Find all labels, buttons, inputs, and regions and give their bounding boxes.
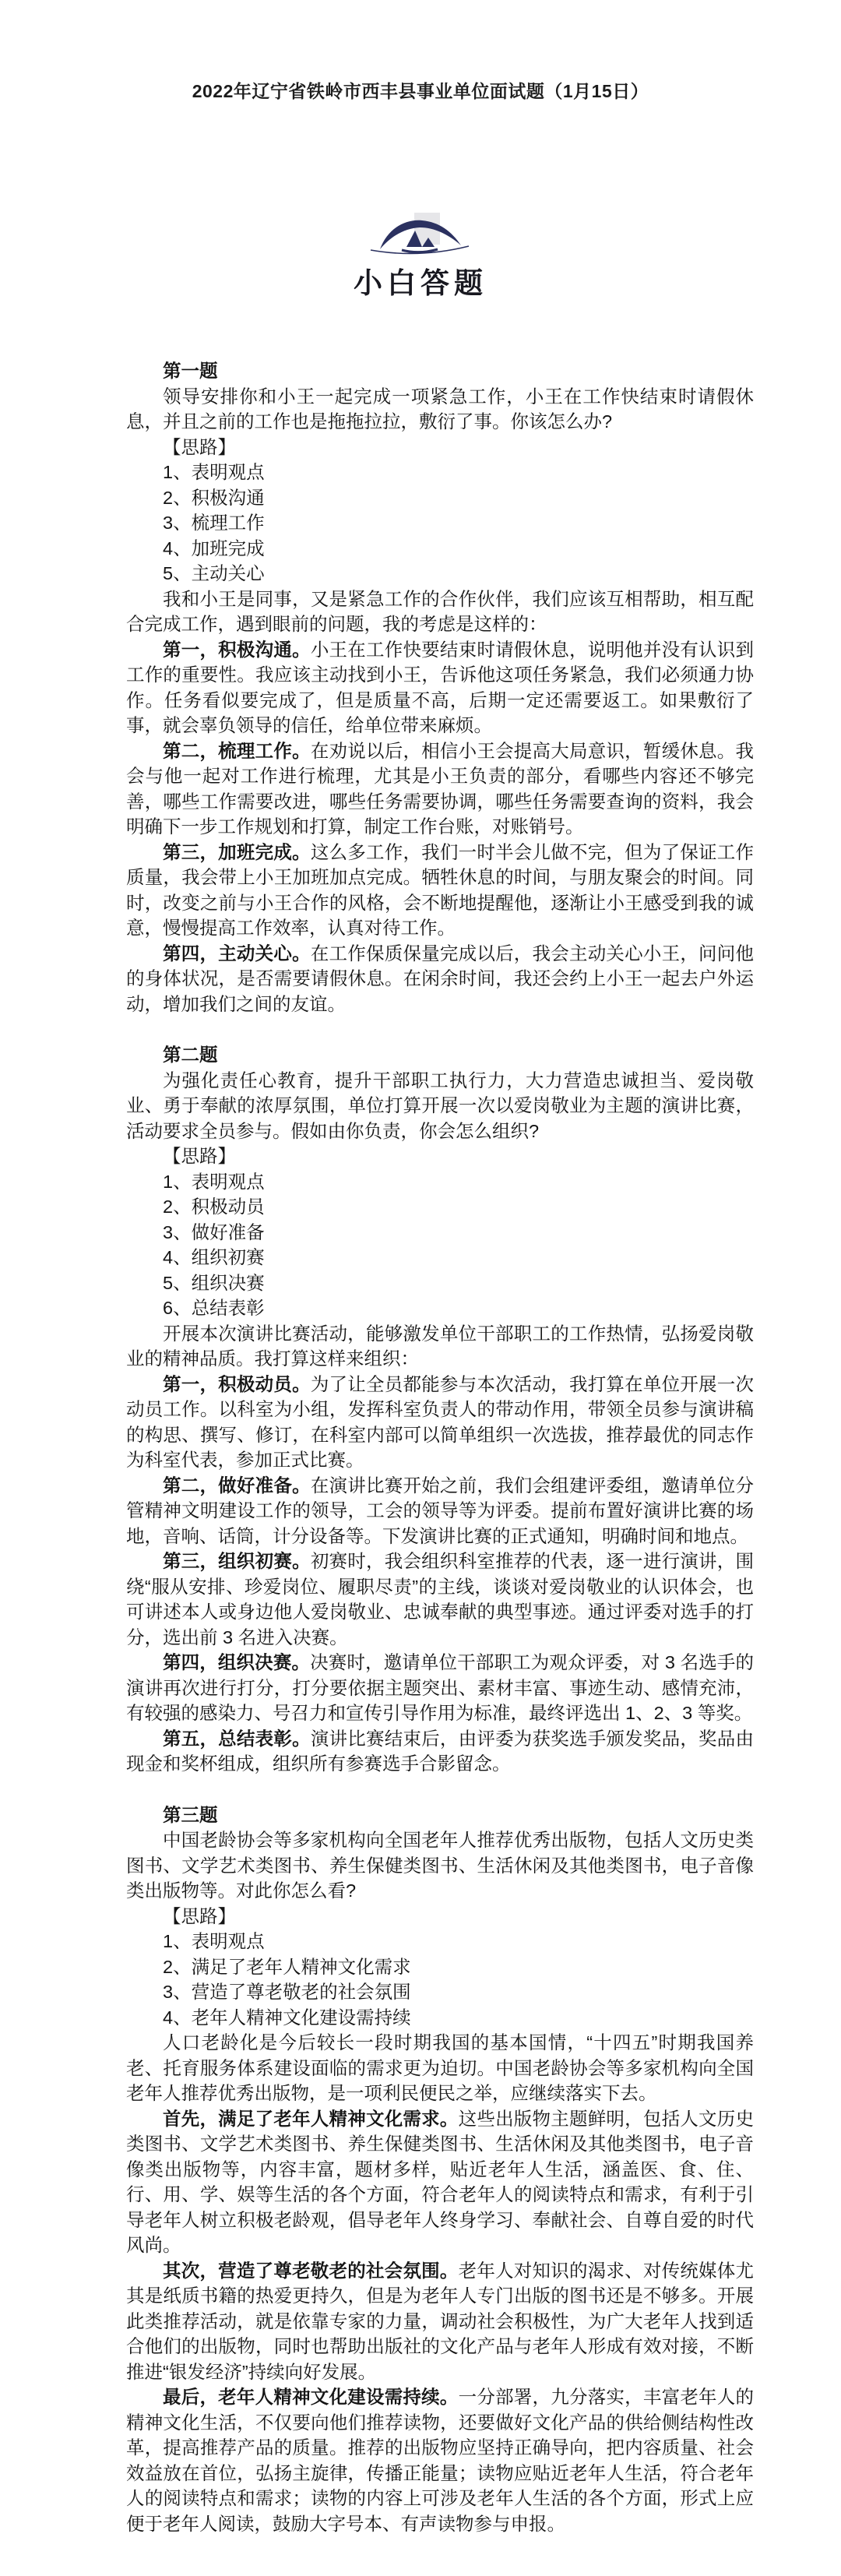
brand-logo-icon (0, 212, 841, 260)
outline-item: 4、加班完成 (126, 536, 754, 562)
outline-item: 4、组织初赛 (126, 1245, 754, 1270)
question-block-1: 第一题 领导安排你和小王一起完成一项紧急工作，小王在工作快结束时请假休息，并且之… (126, 358, 754, 1017)
paragraph-lead: 第一，积极动员。 (163, 1374, 311, 1394)
outline-item: 1、表明观点 (126, 1929, 754, 1954)
answer-paragraph: 第一，积极沟通。小王在工作快要结束时请假休息，说明他并没有认识到工作的重要性。我… (126, 637, 754, 738)
paragraph-text: 我和小王是同事，又是紧急工作的合作伙伴，我们应该互相帮助，相互配合完成工作，遇到… (126, 589, 754, 635)
outline-label: 【思路】 (126, 1144, 754, 1169)
paragraph-lead: 第一，积极沟通。 (163, 640, 311, 660)
outline-item: 5、主动关心 (126, 561, 754, 587)
paragraph-text: 这些出版物主题鲜明，包括人文历史类图书、文学艺术类图书、养生保健类图书、生活休闲… (126, 2109, 754, 2256)
outline-item: 3、梳理工作 (126, 510, 754, 536)
outline-item: 6、总结表彰 (126, 1295, 754, 1321)
paragraph-lead: 其次，营造了尊老敬老的社会氛围。 (163, 2261, 459, 2281)
paragraph-lead: 第二，梳理工作。 (163, 741, 311, 761)
paragraph-text: 人口老龄化是今后较长一段时期我国的基本国情，“十四五”时期我国养老、托育服务体系… (126, 2032, 754, 2103)
answer-paragraph: 第四，组织决赛。决赛时，邀请单位干部职工为观众评委，对 3 名选手的演讲再次进行… (126, 1650, 754, 1726)
answer-paragraph: 我和小王是同事，又是紧急工作的合作伙伴，我们应该互相帮助，相互配合完成工作，遇到… (126, 587, 754, 637)
question-heading: 第二题 (126, 1042, 754, 1068)
question-heading: 第一题 (126, 358, 754, 384)
question-text: 为强化责任心教育，提升干部职工执行力，大力营造忠诚担当、爱岗敬业、勇于奉献的浓厚… (126, 1068, 754, 1144)
paragraph-text: 开展本次演讲比赛活动，能够激发单位干部职工的工作热情，弘扬爱岗敬业的精神品质。我… (126, 1323, 754, 1369)
document-title: 2022年辽宁省铁岭市西丰县事业单位面试题（1月15日） (0, 0, 841, 102)
outline-item: 2、积极沟通 (126, 485, 754, 511)
outline-item: 5、组织决赛 (126, 1270, 754, 1296)
outline-item: 2、满足了老年人精神文化需求 (126, 1954, 754, 1980)
document-body: 第一题 领导安排你和小王一起完成一项紧急工作，小王在工作快结束时请假休息，并且之… (126, 358, 754, 2536)
outline-item: 2、积极动员 (126, 1194, 754, 1220)
question-text: 领导安排你和小王一起完成一项紧急工作，小王在工作快结束时请假休息，并且之前的工作… (126, 384, 754, 435)
answer-paragraph: 开展本次演讲比赛活动，能够激发单位干部职工的工作热情，弘扬爱岗敬业的精神品质。我… (126, 1321, 754, 1372)
answer-paragraph: 第一，积极动员。为了让全员都能参与本次活动，我打算在单位开展一次动员工作。以科室… (126, 1372, 754, 1473)
answer-paragraph: 第四，主动关心。在工作保质保量完成以后，我会主动关心小王，问问他的身体状况，是否… (126, 941, 754, 1017)
answer-paragraph: 人口老龄化是今后较长一段时期我国的基本国情，“十四五”时期我国养老、托育服务体系… (126, 2030, 754, 2106)
paragraph-lead: 首先，满足了老年人精神文化需求。 (163, 2109, 459, 2129)
answer-paragraph: 第五，总结表彰。演讲比赛结束后，由评委为获奖选手颁发奖品，奖品由现金和奖杯组成，… (126, 1726, 754, 1777)
mountain-swoosh-logo-icon (366, 212, 475, 260)
question-heading: 第三题 (126, 1802, 754, 1828)
paragraph-lead: 第二，做好准备。 (163, 1475, 311, 1496)
outline-label: 【思路】 (126, 1904, 754, 1929)
answer-paragraph: 最后，老年人精神文化建设需持续。一分部署，九分落实，丰富老年人的精神文化生活，不… (126, 2384, 754, 2536)
paragraph-lead: 最后，老年人精神文化建设需持续。 (163, 2387, 459, 2407)
outline-item: 1、表明观点 (126, 460, 754, 485)
answer-paragraph: 第三，组织初赛。初赛时，我会组织科室推荐的代表，逐一进行演讲，围绕“服从安排、珍… (126, 1549, 754, 1650)
answer-paragraph: 第二，做好准备。在演讲比赛开始之前，我们会组建评委组，邀请单位分管精神文明建设工… (126, 1473, 754, 1549)
paragraph-lead: 第三，加班完成。 (163, 842, 311, 862)
question-block-3: 第三题 中国老龄协会等多家机构向全国老年人推荐优秀出版物，包括人文历史类图书、文… (126, 1802, 754, 2537)
paragraph-lead: 第四，组织决赛。 (163, 1652, 310, 1672)
outline-item: 4、老年人精神文化建设需持续 (126, 2005, 754, 2031)
answer-paragraph: 第三，加班完成。这么多工作，我们一时半会儿做不完，但为了保证工作质量，我会带上小… (126, 840, 754, 941)
question-text: 中国老龄协会等多家机构向全国老年人推荐优秀出版物，包括人文历史类图书、文学艺术类… (126, 1827, 754, 1904)
outline-item: 3、做好准备 (126, 1220, 754, 1246)
document-page: 2022年辽宁省铁岭市西丰县事业单位面试题（1月15日） 小白答题 第一题 领导… (0, 0, 841, 2536)
question-block-2: 第二题 为强化责任心教育，提升干部职工执行力，大力营造忠诚担当、爱岗敬业、勇于奉… (126, 1042, 754, 1777)
paragraph-text: 一分部署，九分落实，丰富老年人的精神文化生活，不仅要向他们推荐读物，还要做好文化… (126, 2387, 754, 2534)
paragraph-lead: 第三，组织初赛。 (163, 1551, 311, 1571)
brand-name: 小白答题 (0, 268, 841, 299)
answer-paragraph: 其次，营造了尊老敬老的社会氛围。老年人对知识的渴求、对传统媒体尤其是纸质书籍的热… (126, 2258, 754, 2385)
answer-paragraph: 第二，梳理工作。在劝说以后，相信小王会提高大局意识，暂缓休息。我会与他一起对工作… (126, 738, 754, 840)
paragraph-lead: 第五，总结表彰。 (163, 1728, 311, 1749)
outline-item: 3、营造了尊老敬老的社会氛围 (126, 1979, 754, 2005)
answer-paragraph: 首先，满足了老年人精神文化需求。这些出版物主题鲜明，包括人文历史类图书、文学艺术… (126, 2106, 754, 2258)
outline-label: 【思路】 (126, 435, 754, 460)
paragraph-lead: 第四，主动关心。 (163, 943, 311, 964)
outline-item: 1、表明观点 (126, 1169, 754, 1195)
